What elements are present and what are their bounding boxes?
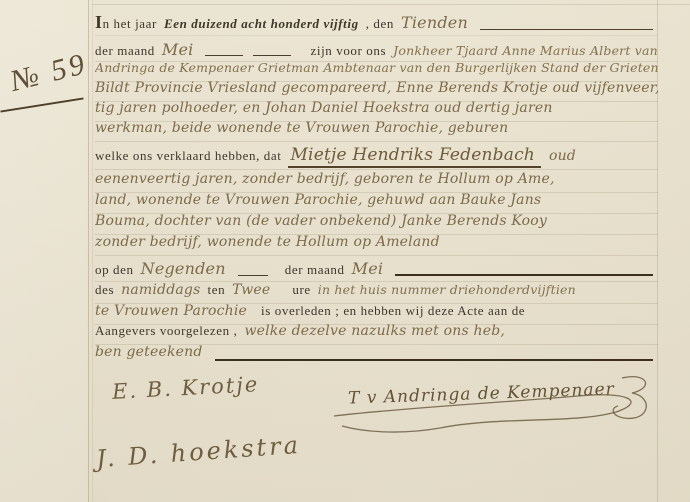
left-fold-line-shadow: [92, 0, 93, 502]
body-line-1: In het jaar Een duizend acht honderd vij…: [95, 12, 658, 36]
fill-rule: [480, 29, 653, 30]
body-line-15: Aangevers voorgelezen , welke dezelve na…: [95, 323, 658, 345]
body-line-16: ben geteekend: [95, 344, 658, 366]
top-edge-rule: [92, 4, 690, 5]
handwritten-text: oud: [549, 148, 576, 164]
handwritten-text: werkman, beide wonende te Vrouwen Paroch…: [95, 120, 508, 136]
printed-text: ure: [292, 282, 310, 298]
body-line-11: zonder bedrijf, wonende te Hollum op Ame…: [95, 234, 658, 256]
printed-text: der maand: [285, 262, 345, 278]
handwritten-text: Bildt Provincie Vriesland gecompareerd, …: [95, 80, 658, 96]
handwritten-month: Mei: [162, 40, 194, 59]
handwritten-death-month: Mei: [352, 259, 384, 278]
body-line-5: tig jaren polhoeder, en Johan Daniel Hoe…: [95, 100, 658, 122]
handwritten-time-of-day: namiddags: [121, 282, 200, 298]
printed-text: der maand: [95, 43, 155, 59]
printed-text: Aangevers voorgelezen ,: [95, 323, 237, 339]
handwritten-text: land, wonende te Vrouwen Parochie, gehuw…: [95, 192, 541, 208]
handwritten-official-name: Jonkheer Tjaard Anne Marius Albert van: [393, 43, 658, 58]
act-number-underline: [0, 97, 83, 112]
body-line-9: land, wonende te Vrouwen Parochie, gehuw…: [95, 192, 658, 214]
fill-dash: [238, 275, 268, 276]
handwritten-text: Bouma, dochter van (de vader onbekend) J…: [95, 213, 547, 229]
signature-witness-2: J. D. hoekstra: [95, 431, 302, 473]
death-record-page: № 59 In het jaar Een duizend acht honder…: [0, 0, 690, 502]
printed-text: is overleden ; en hebben wij deze Acte a…: [261, 303, 525, 319]
closing-rule: [215, 359, 653, 361]
printed-text: welke ons verklaard hebben, dat: [95, 148, 281, 164]
body-line-2: der maand Mei zijn voor ons Jonkheer Tja…: [95, 40, 658, 62]
body-line-14: te Vrouwen Parochie is overleden ; en he…: [95, 303, 658, 325]
body-line-8: eenenveertig jaren, zonder bedrijf, gebo…: [95, 171, 658, 193]
body-line-13: des namiddags ten Twee ure in het huis n…: [95, 282, 658, 304]
act-number: № 59: [7, 47, 91, 99]
fill-rule: [395, 274, 653, 276]
signature-witness-1: E. B. Krotje: [111, 372, 259, 404]
handwritten-place-of-death: te Vrouwen Parochie: [95, 303, 247, 319]
handwritten-text: tig jaren polhoeder, en Johan Daniel Hoe…: [95, 100, 553, 116]
handwritten-death-day: Negenden: [141, 259, 226, 278]
printed-text: op den: [95, 262, 134, 278]
handwritten-text: ben geteekend: [95, 344, 203, 360]
handwritten-text: eenenveertig jaren, zonder bedrijf, gebo…: [95, 171, 555, 187]
printed-text: des: [95, 282, 114, 298]
body-line-6: werkman, beide wonende te Vrouwen Paroch…: [95, 120, 658, 142]
handwritten-text: zonder bedrijf, wonende te Hollum op Ame…: [95, 234, 440, 250]
dropcap-I: I: [95, 12, 103, 32]
fill-dash: [253, 55, 291, 56]
fill-dash: [205, 55, 243, 56]
printed-text: zijn voor ons: [310, 43, 386, 59]
deceased-name: Mietje Hendriks Fedenbach: [288, 145, 541, 168]
handwritten-text: Andringa de Kempenaer Grietman Ambtenaar…: [95, 60, 658, 75]
handwritten-day-of-month: Tienden: [401, 13, 468, 32]
printed-text: In het jaar: [95, 12, 157, 33]
printed-text: , den: [366, 16, 394, 32]
printed-text: ten: [207, 282, 225, 298]
body-line-4: Bildt Provincie Vriesland gecompareerd, …: [95, 80, 658, 102]
body-line-10: Bouma, dochter van (de vader onbekend) J…: [95, 213, 658, 235]
printed-year: Een duizend acht honderd vijftig: [164, 16, 359, 32]
handwritten-hour: Twee: [232, 282, 270, 298]
body-line-7: welke ons verklaard hebben, dat Mietje H…: [95, 145, 658, 170]
body-line-12: op den Negenden der maand Mei: [95, 259, 658, 282]
body-line-3: Andringa de Kempenaer Grietman Ambtenaar…: [95, 60, 658, 82]
handwritten-house-number: in het huis nummer driehonderdvijftien: [318, 282, 576, 297]
handwritten-text: welke dezelve nazulks met ons heb,: [244, 323, 505, 339]
